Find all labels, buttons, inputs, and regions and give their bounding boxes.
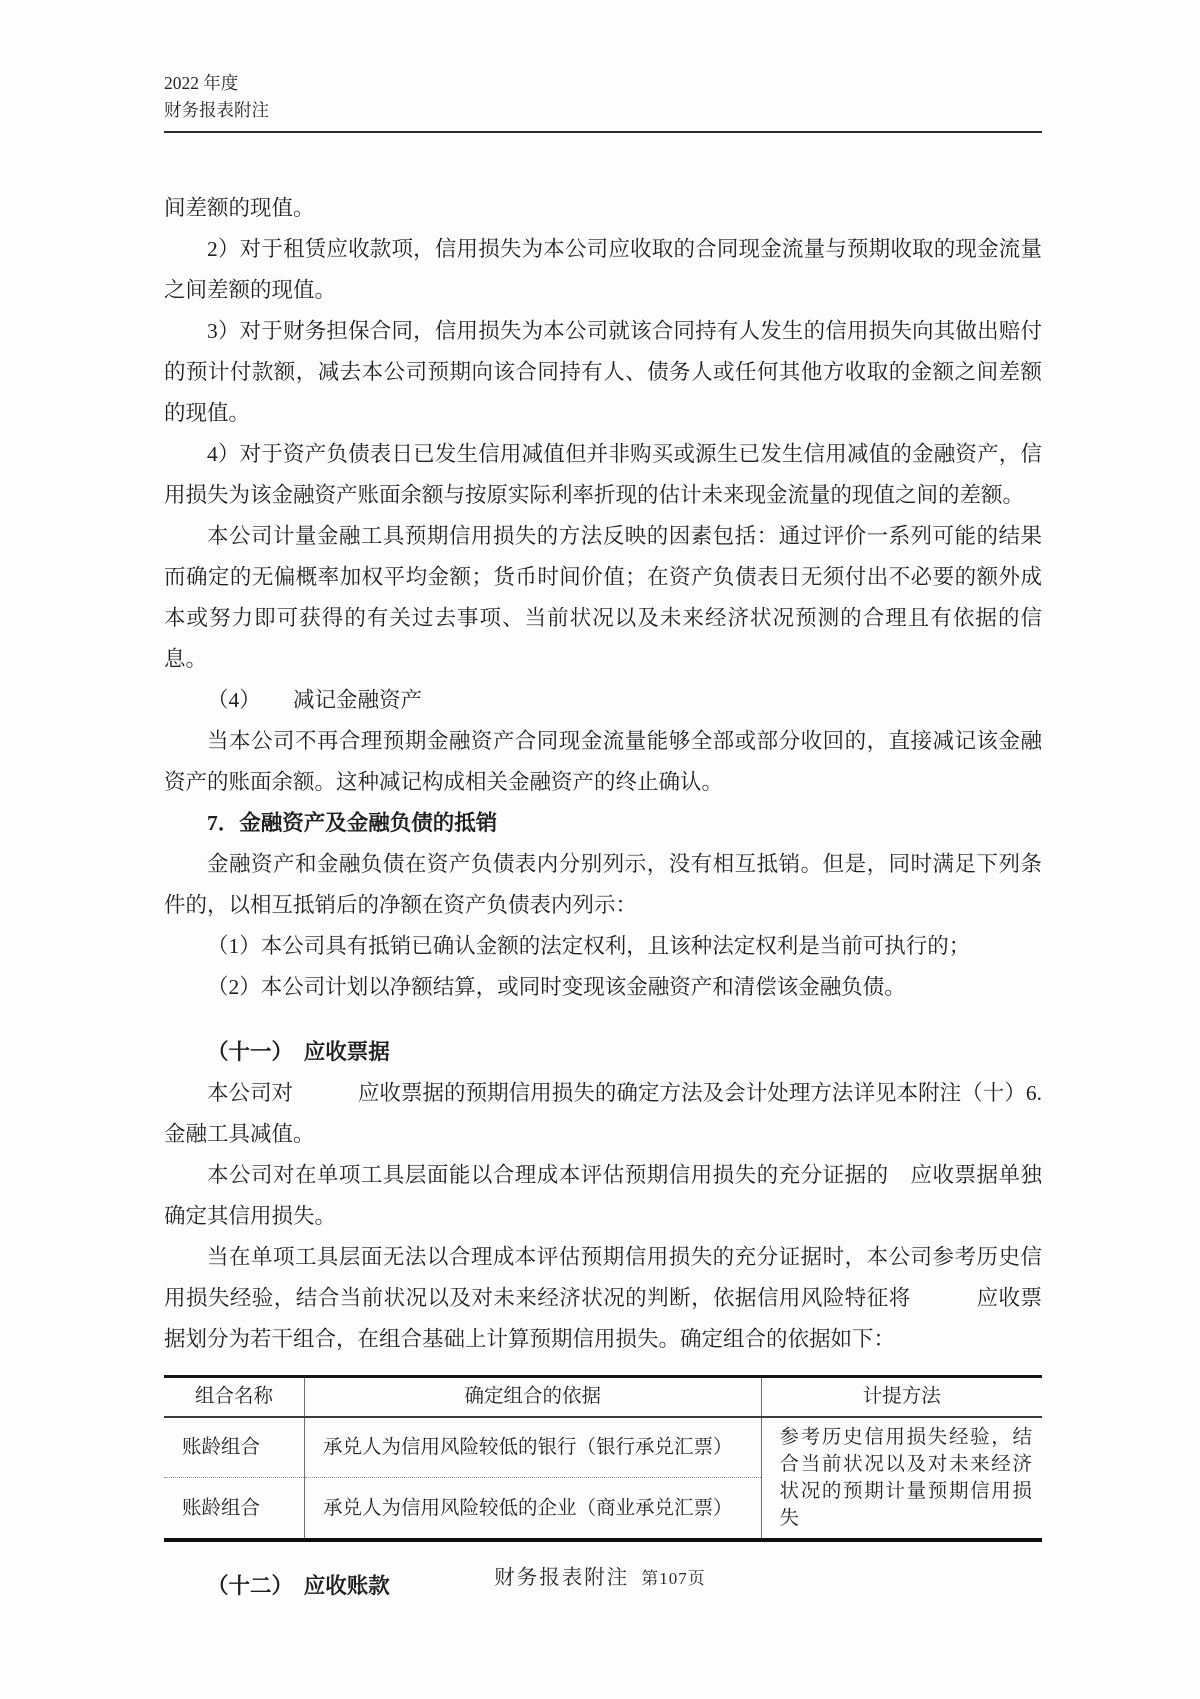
page-header: 2022 年度 财务报表附注 bbox=[164, 70, 1042, 133]
table-header-row: 组合名称 确定组合的依据 计提方法 bbox=[164, 1377, 1042, 1418]
paragraph-individual-assessment: 本公司对在单项工具层面能以合理成本评估预期信用损失的充分证据的 应收票据单独确定… bbox=[164, 1155, 1042, 1237]
document-page: 2022 年度 财务报表附注 间差额的现值。 2）对于租赁应收款项，信用损失为本… bbox=[0, 0, 1200, 1699]
column-header-portfolio-name: 组合名称 bbox=[164, 1377, 304, 1418]
column-header-portfolio-basis: 确定组合的依据 bbox=[304, 1377, 761, 1418]
cell-portfolio-basis-2: 承兑人为信用风险较低的企业（商业承兑汇票） bbox=[304, 1478, 761, 1540]
header-rule bbox=[164, 131, 1042, 133]
subheading-writedown: （4） 减记金融资产 bbox=[164, 680, 1042, 721]
document-body: 间差额的现值。 2）对于租赁应收款项，信用损失为本公司应收取的合同现金流量与预期… bbox=[164, 188, 1042, 1607]
paragraph-financial-guarantee: 3）对于财务担保合同，信用损失为本公司就该合同持有人发生的信用损失向其做出赔付的… bbox=[164, 311, 1042, 434]
cell-portfolio-basis-1: 承兑人为信用风险较低的银行（银行承兑汇票） bbox=[304, 1417, 761, 1478]
paragraph-credit-impaired-assets: 4）对于资产负债表日已发生信用减值但并非购买或源生已发生信用减值的金融资产，信用… bbox=[164, 434, 1042, 516]
table-row: 账龄组合 承兑人为信用风险较低的银行（银行承兑汇票） 参考历史信用损失经验，结合… bbox=[164, 1417, 1042, 1478]
paragraph-writedown-detail: 当本公司不再合理预期金融资产合同现金流量能够全部或部分收回的，直接减记该金融资产… bbox=[164, 721, 1042, 803]
cell-provision-method-merged: 参考历史信用损失经验，结合当前状况以及对未来经济状况的预期计量预期信用损失 bbox=[761, 1417, 1042, 1540]
report-title: 财务报表附注 bbox=[164, 97, 1042, 124]
paragraph-offsetting-condition-1: （1）本公司具有抵销已确认金额的法定权利，且该种法定权利是当前可执行的； bbox=[164, 926, 1042, 967]
heading-offsetting: 7．金融资产及金融负债的抵销 bbox=[164, 803, 1042, 844]
cell-portfolio-name-2: 账龄组合 bbox=[164, 1478, 304, 1540]
paragraph-continuation: 间差额的现值。 bbox=[164, 188, 1042, 229]
paragraph-ecl-factors: 本公司计量金融工具预期信用损失的方法反映的因素包括：通过评价一系列可能的结果而确… bbox=[164, 516, 1042, 680]
portfolio-table: 组合名称 确定组合的依据 计提方法 账龄组合 承兑人为信用风险较低的银行（银行承… bbox=[164, 1375, 1042, 1542]
column-header-provision-method: 计提方法 bbox=[761, 1377, 1042, 1418]
page-footer: 财务报表附注第107页 bbox=[0, 1560, 1200, 1590]
paragraph-lease-receivables: 2）对于租赁应收款项，信用损失为本公司应收取的合同现金流量与预期收取的现金流量之… bbox=[164, 229, 1042, 311]
paragraph-offsetting-intro: 金融资产和金融负债在资产负债表内分别列示，没有相互抵销。但是，同时满足下列条件的… bbox=[164, 844, 1042, 926]
paragraph-notes-receivable-method: 本公司对 应收票据的预期信用损失的确定方法及会计处理方法详见本附注（十）6.金融… bbox=[164, 1073, 1042, 1155]
footer-title: 财务报表附注 bbox=[494, 1567, 629, 1589]
report-year: 2022 年度 bbox=[164, 70, 1042, 97]
cell-portfolio-name-1: 账龄组合 bbox=[164, 1417, 304, 1478]
paragraph-offsetting-condition-2: （2）本公司计划以净额结算，或同时变现该金融资产和清偿该金融负债。 bbox=[164, 967, 1042, 1008]
heading-notes-receivable: （十一） 应收票据 bbox=[164, 1032, 1042, 1073]
paragraph-portfolio-assessment: 当在单项工具层面无法以合理成本评估预期信用损失的充分证据时，本公司参考历史信用损… bbox=[164, 1237, 1042, 1360]
footer-page-number: 第107页 bbox=[641, 1569, 706, 1588]
